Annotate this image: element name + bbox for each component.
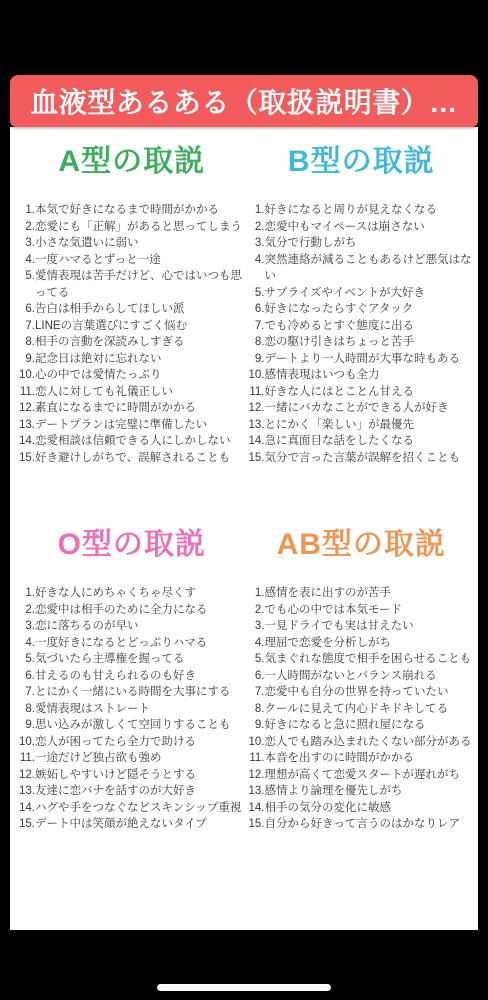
item-number: 5. (247, 285, 265, 302)
item-text: 嫉妬しやすいけど隠そうとする (35, 767, 247, 784)
sections-grid: A型の取説 1. 本気で好きになるまで時間がかかる 2. 恋愛にも「正解」がある… (10, 127, 478, 930)
section-b-type: B型の取説 1. 好きになると周りが見えなくなる 2. 恋愛中もマイペースは崩さ… (247, 127, 477, 515)
list-item: 10. 心の中では愛情たっぷり (17, 367, 247, 384)
item-number: 1. (247, 202, 265, 219)
item-number: 11. (247, 750, 265, 767)
item-number: 15. (17, 816, 35, 833)
item-number: 3. (247, 235, 265, 252)
item-number: 15. (247, 450, 265, 467)
item-text: 急に真面目な話をしたくなる (265, 433, 477, 450)
list-item: 14. 相手の気分の変化に敏感 (247, 800, 477, 817)
item-number: 9. (17, 351, 35, 368)
item-number: 4. (247, 635, 265, 652)
item-text: 好きになると周りが見えなくなる (265, 202, 477, 219)
list-item: 7. 恋愛中も自分の世界を持っていたい (247, 684, 477, 701)
item-number: 3. (17, 618, 35, 635)
item-text: 気分で言った言葉が誤解を招くことも (265, 450, 477, 467)
item-text: 理屈で恋愛を分析しがち (265, 635, 477, 652)
item-text: デート中は笑顔が絶えないタイプ (35, 816, 247, 833)
item-number: 13. (17, 783, 35, 800)
item-number: 7. (17, 318, 35, 335)
list-item: 1. 感情を表に出すのが苦手 (247, 585, 477, 602)
item-number: 8. (17, 334, 35, 351)
item-text: 記念日は絶対に忘れない (35, 351, 247, 368)
item-text: 好き避けしがちで、誤解されることも (35, 450, 247, 467)
item-text: 相手の気分の変化に敏感 (265, 800, 477, 817)
item-number: 15. (17, 450, 35, 467)
item-number: 12. (247, 400, 265, 417)
item-number: 2. (247, 219, 265, 236)
item-number: 10. (247, 367, 265, 384)
item-text: 気づいたら主導権を握ってる (35, 651, 247, 668)
item-text: 一途だけど独占欲も強め (35, 750, 247, 767)
item-text: でも心の中では本気モード (265, 602, 477, 619)
item-text: 本気で好きになるまで時間がかかる (35, 202, 247, 219)
item-text: LINEの言葉選びにすごく悩む (35, 318, 247, 335)
section-title: O型の取説 (17, 515, 247, 567)
item-number: 2. (17, 602, 35, 619)
item-number: 9. (17, 717, 35, 734)
item-number: 14. (17, 433, 35, 450)
item-number: 9. (247, 717, 265, 734)
item-text: 一見ドライでも実は甘えたい (265, 618, 477, 635)
item-text: 一度好きになるとどっぷりハマる (35, 635, 247, 652)
item-text: 思い込みが激しくて空回りすることも (35, 717, 247, 734)
item-text: 気分で行動しがち (265, 235, 477, 252)
list-item: 11. 本音を出すのに時間がかかる (247, 750, 477, 767)
list-item: 11. 一途だけど独占欲も強め (17, 750, 247, 767)
item-number: 1. (17, 585, 35, 602)
list-item: 2. 恋愛にも「正解」があると思ってしまう (17, 219, 247, 236)
list-item: 14. ハグや手をつなぐなどスキンシップ重視 (17, 800, 247, 817)
item-text: 好きになったらすぐアタック (265, 301, 477, 318)
trait-list: 1. 本気で好きになるまで時間がかかる 2. 恋愛にも「正解」があると思ってしま… (17, 202, 247, 466)
item-number: 10. (17, 367, 35, 384)
item-number: 13. (247, 417, 265, 434)
section-title: AB型の取説 (247, 515, 477, 567)
item-text: 好きな人にはとことん甘える (265, 384, 477, 401)
content-sheet: A型の取説 1. 本気で好きになるまで時間がかかる 2. 恋愛にも「正解」がある… (10, 127, 478, 930)
item-text: 恋愛中は相手のために全力になる (35, 602, 247, 619)
item-number: 11. (247, 384, 265, 401)
list-item: 3. 一見ドライでも実は甘えたい (247, 618, 477, 635)
item-number: 8. (247, 701, 265, 718)
item-number: 6. (17, 301, 35, 318)
item-number: 3. (247, 618, 265, 635)
section-title: A型の取説 (17, 127, 247, 184)
item-text: 感情表現はいつも全力 (265, 367, 477, 384)
list-item: 8. 恋の駆け引きはちょっと苦手 (247, 334, 477, 351)
list-item: 3. 気分で行動しがち (247, 235, 477, 252)
item-text: 恋人でも踏み込まれたくない部分がある (265, 734, 477, 751)
list-item: 6. 一人時間がないとバランス崩れる (247, 668, 477, 685)
section-title: B型の取説 (247, 127, 477, 184)
item-number: 9. (247, 351, 265, 368)
item-number: 12. (17, 767, 35, 784)
list-item: 12. 素直になるまでに時間がかかる (17, 400, 247, 417)
list-item: 3. 恋に落ちるのが早い (17, 618, 247, 635)
list-item: 10. 恋人でも踏み込まれたくない部分がある (247, 734, 477, 751)
list-item: 2. 恋愛中もマイペースは崩さない (247, 219, 477, 236)
item-number: 15. (247, 816, 265, 833)
item-number: 11. (17, 750, 35, 767)
item-number: 1. (17, 202, 35, 219)
item-number: 2. (17, 219, 35, 236)
list-item: 5. 気まぐれな態度で相手を困らせることも (247, 651, 477, 668)
item-number: 14. (247, 433, 265, 450)
list-item: 15. 好き避けしがちで、誤解されることも (17, 450, 247, 467)
item-number: 11. (17, 384, 35, 401)
title-bar: 血液型あるある（取扱説明書）… (10, 75, 478, 127)
section-ab-type: AB型の取説 1. 感情を表に出すのが苦手 2. でも心の中では本気モード 3.… (247, 515, 477, 930)
item-number: 12. (17, 400, 35, 417)
item-number: 12. (247, 767, 265, 784)
item-text: 一度ハマるとずっと一途 (35, 252, 247, 269)
item-number: 8. (17, 701, 35, 718)
list-item: 10. 恋人が困ってたら全力で助ける (17, 734, 247, 751)
item-text: 素直になるまでに時間がかかる (35, 400, 247, 417)
item-text: 本音を出すのに時間がかかる (265, 750, 477, 767)
list-item: 4. 理屈で恋愛を分析しがち (247, 635, 477, 652)
list-item: 7. でも冷めるとすぐ態度に出る (247, 318, 477, 335)
list-item: 13. 友達に恋バナを話すのが大好き (17, 783, 247, 800)
item-text: 突然連絡が減ることもあるけど悪気はない (265, 252, 477, 285)
item-number: 13. (17, 417, 35, 434)
list-item: 9. 好きになると急に照れ屋になる (247, 717, 477, 734)
list-item: 4. 一度好きになるとどっぷりハマる (17, 635, 247, 652)
item-number: 14. (17, 800, 35, 817)
list-item: 5. サプライズやイベントが大好き (247, 285, 477, 302)
item-text: 恋愛にも「正解」があると思ってしまう (35, 219, 247, 236)
item-text: 感情を表に出すのが苦手 (265, 585, 477, 602)
list-item: 4. 一度ハマるとずっと一途 (17, 252, 247, 269)
item-text: とにかく一緒にいる時間を大事にする (35, 684, 247, 701)
item-text: 理想が高くて恋愛スタートが遅れがち (265, 767, 477, 784)
item-text: 恋人が困ってたら全力で助ける (35, 734, 247, 751)
list-item: 9. 記念日は絶対に忘れない (17, 351, 247, 368)
list-item: 8. 愛情表現はストレート (17, 701, 247, 718)
item-text: 相手の言動を深読みしすぎる (35, 334, 247, 351)
trait-list: 1. 好きな人にめちゃくちゃ尽くす 2. 恋愛中は相手のために全力になる 3. … (17, 585, 247, 833)
list-item: 13. とにかく「楽しい」が最優先 (247, 417, 477, 434)
item-text: デートより一人時間が大事な時もある (265, 351, 477, 368)
list-item: 15. 気分で言った言葉が誤解を招くことも (247, 450, 477, 467)
item-text: 友達に恋バナを話すのが大好き (35, 783, 247, 800)
item-number: 5. (17, 651, 35, 668)
item-number: 7. (17, 684, 35, 701)
section-o-type: O型の取説 1. 好きな人にめちゃくちゃ尽くす 2. 恋愛中は相手のために全力に… (17, 515, 247, 930)
phone-screen: 血液型あるある（取扱説明書）… A型の取説 1. 本気で好きになるまで時間がかか… (0, 0, 488, 1000)
item-number: 5. (247, 651, 265, 668)
list-item: 14. 恋愛相談は信頼できる人にしかしない (17, 433, 247, 450)
item-number: 4. (17, 635, 35, 652)
list-item: 8. 相手の言動を深読みしすぎる (17, 334, 247, 351)
item-text: 告白は相手からしてほしい派 (35, 301, 247, 318)
item-text: 一人時間がないとバランス崩れる (265, 668, 477, 685)
item-number: 14. (247, 800, 265, 817)
list-item: 13. デートプランは完璧に準備したい (17, 417, 247, 434)
list-item: 12. 理想が高くて恋愛スタートが遅れがち (247, 767, 477, 784)
page-title: 血液型あるある（取扱説明書）… (30, 81, 458, 121)
item-number: 6. (247, 301, 265, 318)
list-item: 2. 恋愛中は相手のために全力になる (17, 602, 247, 619)
list-item: 8. クールに見えて内心ドキドキしてる (247, 701, 477, 718)
list-item: 5. 気づいたら主導権を握ってる (17, 651, 247, 668)
list-item: 5. 愛情表現は苦手だけど、心ではいつも思ってる (17, 268, 247, 301)
list-item: 12. 嫉妬しやすいけど隠そうとする (17, 767, 247, 784)
item-text: 感情より論理を優先しがち (265, 783, 477, 800)
item-text: 好きになると急に照れ屋になる (265, 717, 477, 734)
item-text: 気まぐれな態度で相手を困らせることも (265, 651, 477, 668)
list-item: 11. 好きな人にはとことん甘える (247, 384, 477, 401)
item-text: 恋愛中もマイペースは崩さない (265, 219, 477, 236)
list-item: 11. 恋人に対しても礼儀正しい (17, 384, 247, 401)
item-number: 13. (247, 783, 265, 800)
item-text: 恋愛中も自分の世界を持っていたい (265, 684, 477, 701)
item-text: 心の中では愛情たっぷり (35, 367, 247, 384)
item-text: 自分から好きって言うのはかなりレア (265, 816, 477, 833)
list-item: 4. 突然連絡が減ることもあるけど悪気はない (247, 252, 477, 285)
list-item: 13. 感情より論理を優先しがち (247, 783, 477, 800)
trait-list: 1. 感情を表に出すのが苦手 2. でも心の中では本気モード 3. 一見ドライで… (247, 585, 477, 833)
trait-list: 1. 好きになると周りが見えなくなる 2. 恋愛中もマイペースは崩さない 3. … (247, 202, 477, 466)
item-number: 10. (247, 734, 265, 751)
item-text: 恋人に対しても礼儀正しい (35, 384, 247, 401)
list-item: 6. 告白は相手からしてほしい派 (17, 301, 247, 318)
item-number: 2. (247, 602, 265, 619)
item-number: 4. (17, 252, 35, 269)
item-number: 10. (17, 734, 35, 751)
list-item: 15. 自分から好きって言うのはかなりレア (247, 816, 477, 833)
item-text: ハグや手をつなぐなどスキンシップ重視 (35, 800, 247, 817)
item-number: 8. (247, 334, 265, 351)
item-text: デートプランは完璧に準備したい (35, 417, 247, 434)
item-text: 恋愛相談は信頼できる人にしかしない (35, 433, 247, 450)
item-text: 好きな人にめちゃくちゃ尽くす (35, 585, 247, 602)
list-item: 14. 急に真面目な話をしたくなる (247, 433, 477, 450)
list-item: 1. 本気で好きになるまで時間がかかる (17, 202, 247, 219)
list-item: 9. デートより一人時間が大事な時もある (247, 351, 477, 368)
list-item: 1. 好きになると周りが見えなくなる (247, 202, 477, 219)
list-item: 9. 思い込みが激しくて空回りすることも (17, 717, 247, 734)
item-text: 小さな気遣いに弱い (35, 235, 247, 252)
item-number: 7. (247, 318, 265, 335)
list-item: 2. でも心の中では本気モード (247, 602, 477, 619)
list-item: 3. 小さな気遣いに弱い (17, 235, 247, 252)
item-text: でも冷めるとすぐ態度に出る (265, 318, 477, 335)
item-text: 一緒にバカなことができる人が好き (265, 400, 477, 417)
item-number: 6. (17, 668, 35, 685)
item-number: 4. (247, 252, 265, 285)
list-item: 6. 甘えるのも甘えられるのも好き (17, 668, 247, 685)
list-item: 12. 一緒にバカなことができる人が好き (247, 400, 477, 417)
item-number: 5. (17, 268, 35, 301)
item-text: 恋に落ちるのが早い (35, 618, 247, 635)
list-item: 7. LINEの言葉選びにすごく悩む (17, 318, 247, 335)
list-item: 6. 好きになったらすぐアタック (247, 301, 477, 318)
list-item: 10. 感情表現はいつも全力 (247, 367, 477, 384)
item-text: サプライズやイベントが大好き (265, 285, 477, 302)
list-item: 15. デート中は笑顔が絶えないタイプ (17, 816, 247, 833)
item-number: 1. (247, 585, 265, 602)
item-text: 愛情表現は苦手だけど、心ではいつも思ってる (35, 268, 247, 301)
home-indicator-bar[interactable] (157, 984, 331, 991)
item-number: 7. (247, 684, 265, 701)
section-a-type: A型の取説 1. 本気で好きになるまで時間がかかる 2. 恋愛にも「正解」がある… (17, 127, 247, 515)
item-text: 恋の駆け引きはちょっと苦手 (265, 334, 477, 351)
item-text: 愛情表現はストレート (35, 701, 247, 718)
item-text: クールに見えて内心ドキドキしてる (265, 701, 477, 718)
list-item: 1. 好きな人にめちゃくちゃ尽くす (17, 585, 247, 602)
item-number: 6. (247, 668, 265, 685)
item-number: 3. (17, 235, 35, 252)
item-text: 甘えるのも甘えられるのも好き (35, 668, 247, 685)
item-text: とにかく「楽しい」が最優先 (265, 417, 477, 434)
list-item: 7. とにかく一緒にいる時間を大事にする (17, 684, 247, 701)
